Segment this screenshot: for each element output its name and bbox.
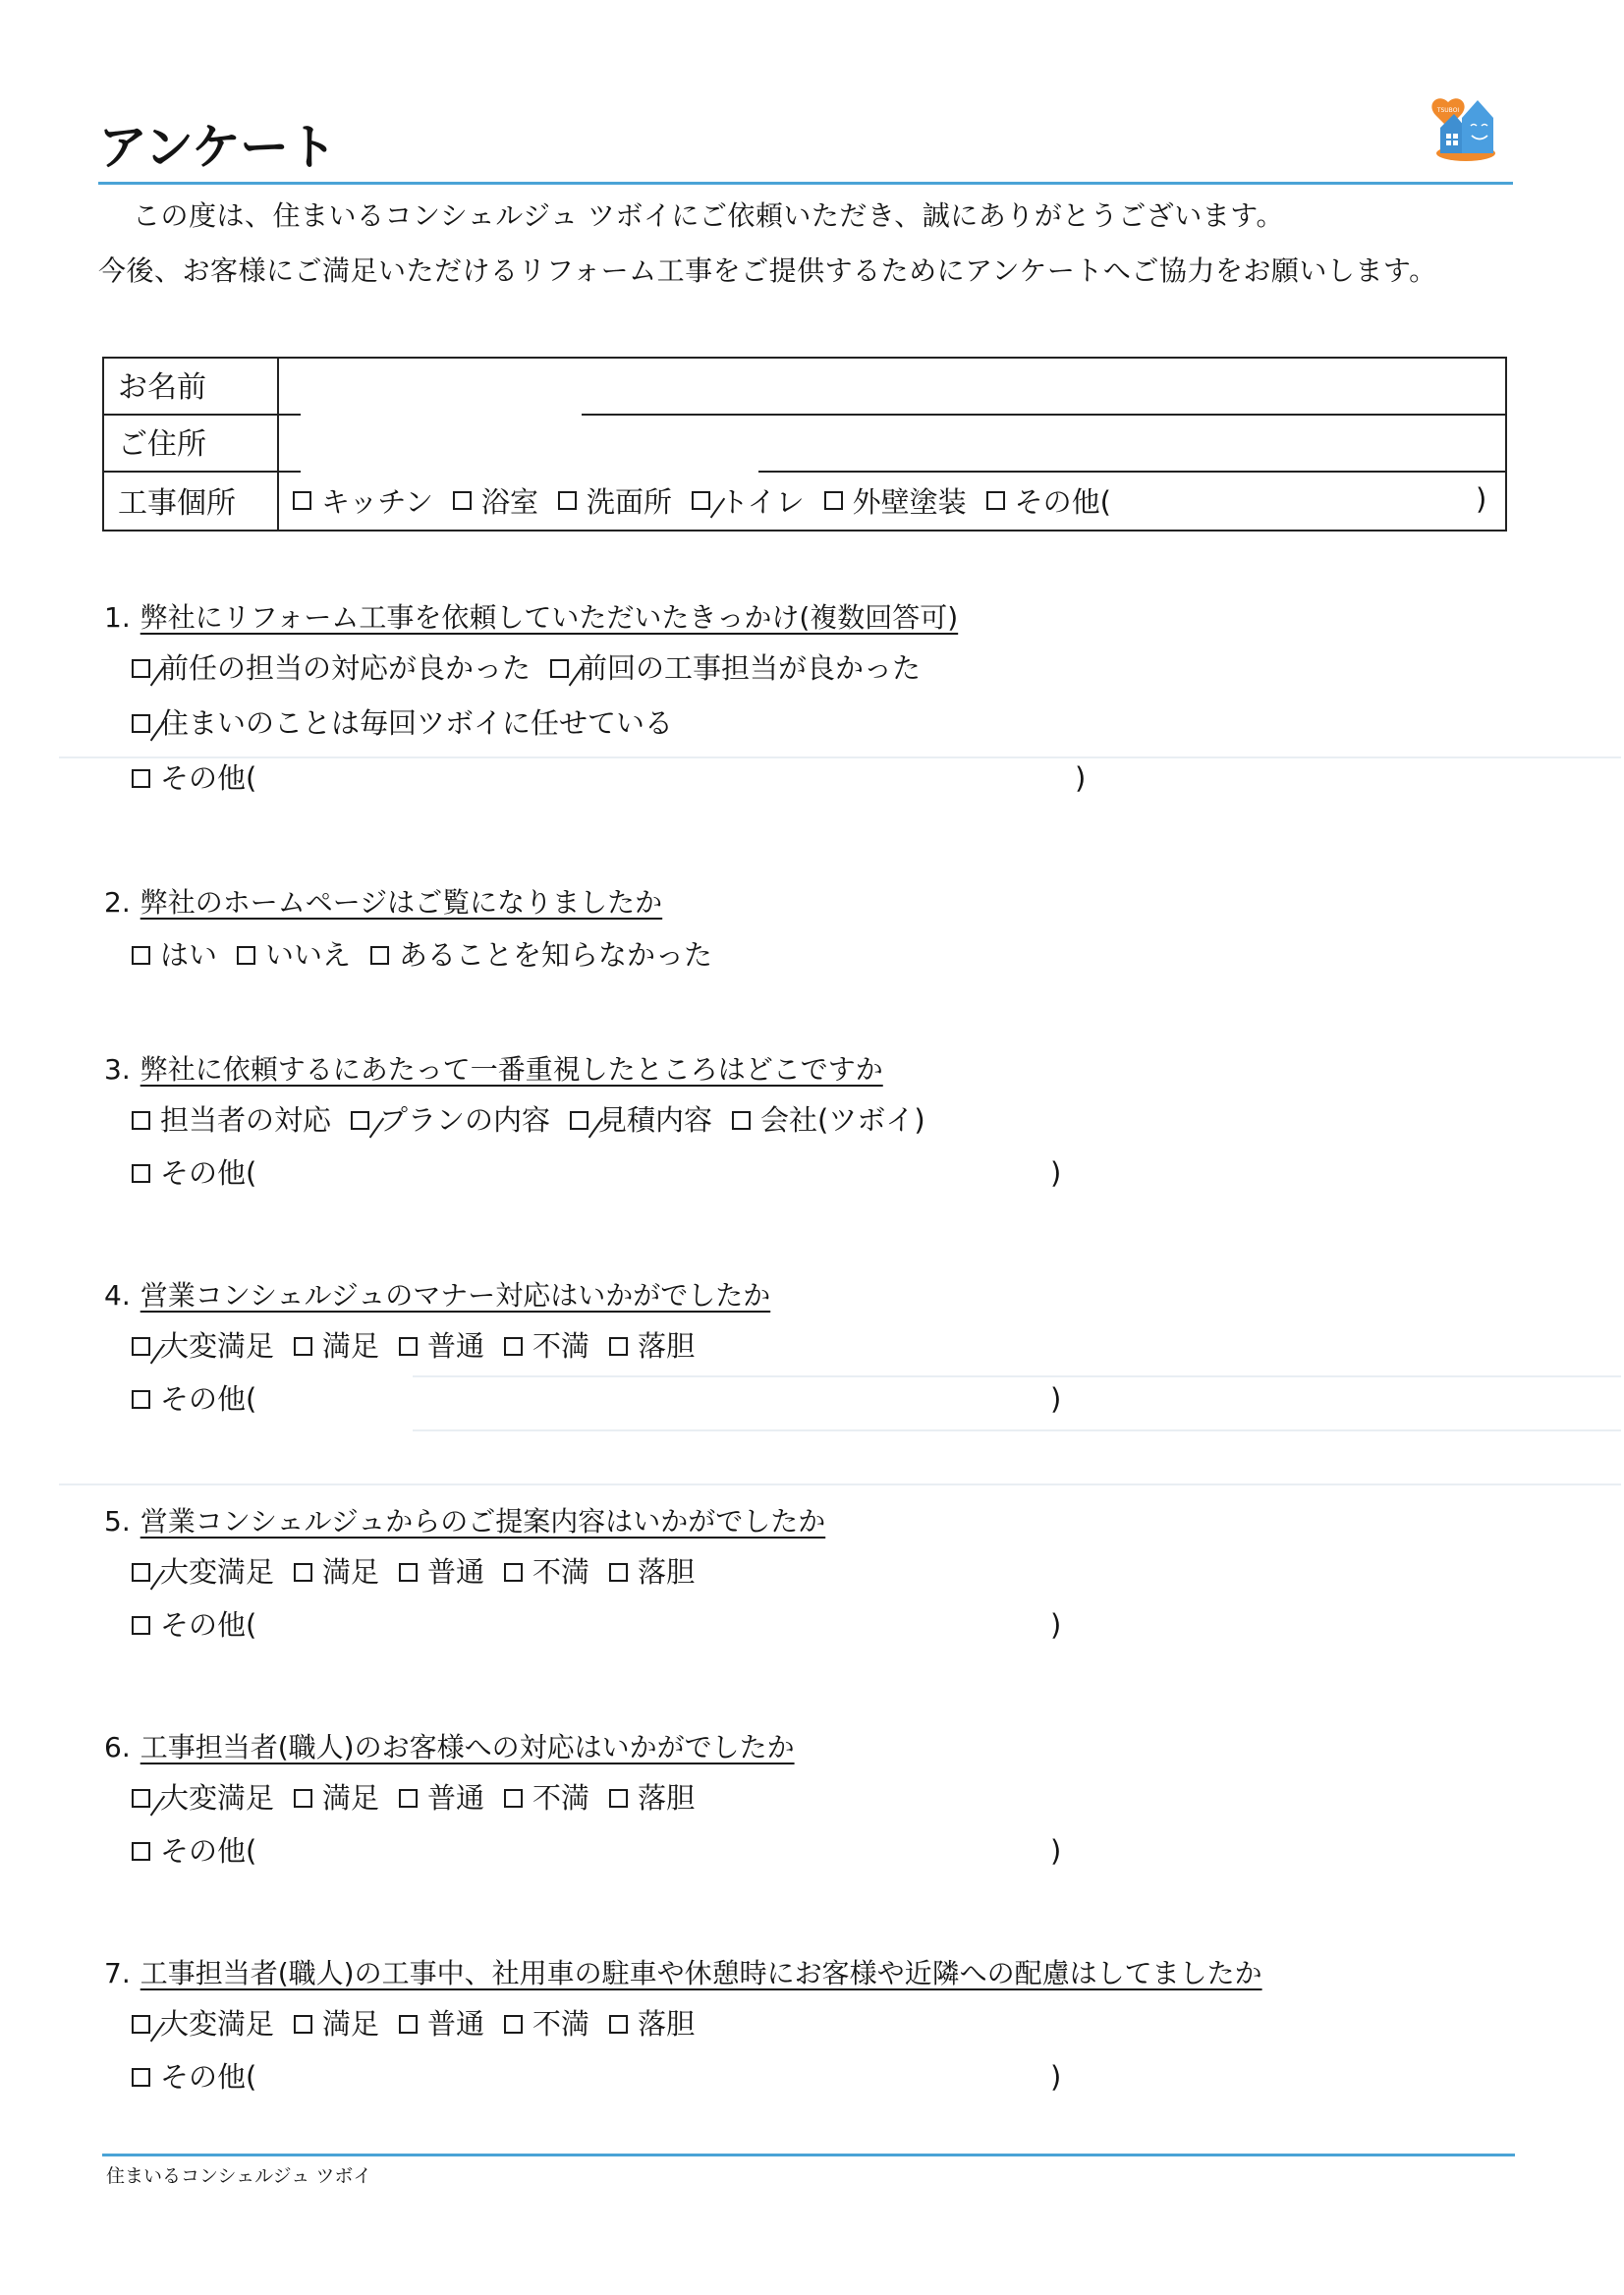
address-label: ご住所 [118,425,206,465]
bleed-through-mark [59,756,1621,758]
option[interactable]: 大変満足 [132,2004,274,2043]
option[interactable]: 前回の工事担当が良かった [550,648,921,688]
question-number: 4. [104,1277,131,1315]
question-text: 弊社に依頼するにあたって一番重視したところはどこですか [140,1053,883,1086]
site-option-toilet[interactable]: トイレ [692,480,805,521]
bleed-through-mark [59,1483,1621,1485]
option-other[interactable]: その他( [132,2057,256,2097]
option-other[interactable]: その他( [132,1605,256,1645]
checkbox-icon[interactable] [504,2015,523,2034]
checkbox-icon[interactable] [399,1789,418,1808]
name-field[interactable] [301,366,1480,410]
question-text: 営業コンシェルジュのマナー対応はいかがでしたか [140,1279,770,1312]
option[interactable]: プランの内容 [351,1100,550,1140]
option[interactable]: 大変満足 [132,1326,274,1366]
option[interactable]: 満足 [294,1778,379,1818]
option[interactable]: 大変満足 [132,1778,274,1818]
checkbox-icon[interactable] [294,1337,312,1356]
other-close-paren: ) [1075,758,1086,798]
question-text: 弊社にリフォーム工事を依頼していただいたきっかけ(複数回答可) [140,601,958,634]
option[interactable]: 不満 [504,1326,589,1366]
option[interactable]: 大変満足 [132,1552,274,1592]
checkbox-icon[interactable] [399,1337,418,1356]
option[interactable]: 不満 [504,1552,589,1592]
checkbox-icon[interactable] [132,769,150,788]
other-close-paren: ) [1050,1379,1061,1419]
option-other[interactable]: その他( [132,1153,256,1193]
question-5: 5.営業コンシェルジュからのご提案内容はいかがでしたか 大変満足 満足 普通 不… [104,1503,1529,1645]
checkbox-icon[interactable] [609,1789,628,1808]
tsuboi-house-logo-icon: TSUBOI [1427,88,1505,167]
option[interactable]: 普通 [399,2004,484,2043]
bleed-through-mark [413,1429,1621,1431]
option[interactable]: 満足 [294,2004,379,2043]
option[interactable]: 満足 [294,1326,379,1366]
checkbox-checked-icon[interactable] [132,659,150,678]
row-divider [104,414,301,416]
option[interactable]: 会社(ツボイ) [732,1100,925,1140]
option[interactable]: 不満 [504,1778,589,1818]
question-number: 2. [104,884,131,922]
checkbox-checked-icon[interactable] [132,1789,150,1808]
checkbox-icon[interactable] [294,1789,312,1808]
option[interactable]: 不満 [504,2004,589,2043]
footer-divider [102,2154,1515,2156]
checkbox-icon[interactable] [294,1563,312,1582]
svg-text:TSUBOI: TSUBOI [1436,107,1460,114]
question-number: 7. [104,1955,131,1992]
bleed-through-mark [413,1375,1621,1377]
question-2: 2.弊社のホームページはご覧になりましたか はい いいえ あることを知らなかった [104,884,1529,975]
question-number: 3. [104,1051,131,1089]
other-close-paren: ) [1050,1831,1061,1871]
checkbox-icon[interactable] [132,1616,150,1635]
other-close-paren: ) [1050,2057,1061,2097]
other-close-paren: ) [1476,482,1486,516]
title-divider [98,182,1513,185]
checkbox-checked-icon[interactable] [132,1337,150,1356]
row-divider [582,414,1507,416]
site-option-other[interactable]: その他( [986,480,1111,521]
question-1: 1.弊社にリフォーム工事を依頼していただいたきっかけ(複数回答可) 前任の担当の… [104,599,1529,798]
checkbox-checked-icon[interactable] [692,491,710,510]
checkbox-icon[interactable] [732,1111,751,1130]
checkbox-icon[interactable] [986,491,1005,510]
checkbox-icon[interactable] [609,1563,628,1582]
checkbox-icon[interactable] [132,1842,150,1861]
footer-company-name: 住まいるコンシェルジュ ツボイ [106,2161,371,2188]
intro-line-1: この度は、住まいるコンシェルジュ ツボイにご依頼いただき、誠にありがとうございま… [133,198,1284,234]
checkbox-checked-icon[interactable] [351,1111,369,1130]
other-close-paren: ) [1050,1153,1061,1193]
option[interactable]: 満足 [294,1552,379,1592]
checkbox-checked-icon[interactable] [132,1563,150,1582]
question-number: 6. [104,1729,131,1766]
checkbox-icon[interactable] [504,1563,523,1582]
question-text: 工事担当者(職人)の工事中、社用車の駐車や休憩時にお客様や近隣への配慮はしてまし… [140,1957,1262,1989]
site-option-kitchen[interactable]: キッチン [293,480,433,521]
checkbox-icon[interactable] [132,1164,150,1183]
checkbox-icon[interactable] [453,491,472,510]
option[interactable]: 落胆 [609,1326,695,1366]
option[interactable]: 普通 [399,1326,484,1366]
checkbox-icon[interactable] [132,1390,150,1409]
site-option-exterior-paint[interactable]: 外壁塗装 [824,480,967,521]
option[interactable]: 見積内容 [570,1100,712,1140]
intro-line-2: 今後、お客様にご満足いただけるリフォーム工事をご提供するためにアンケートへご協力… [98,253,1437,289]
question-7: 7.工事担当者(職人)の工事中、社用車の駐車や休憩時にお客様や近隣への配慮はして… [104,1955,1529,2097]
option[interactable]: いいえ [237,935,351,975]
checkbox-icon[interactable] [824,491,843,510]
option[interactable]: 落胆 [609,1778,695,1818]
question-number: 5. [104,1503,131,1540]
checkbox-icon[interactable] [504,1789,523,1808]
question-text: 営業コンシェルジュからのご提案内容はいかがでしたか [140,1505,825,1538]
question-6: 6.工事担当者(職人)のお客様への対応はいかがでしたか 大変満足 満足 普通 不… [104,1729,1529,1871]
option[interactable]: 落胆 [609,2004,695,2043]
checkbox-icon[interactable] [294,2015,312,2034]
table-column-divider [277,359,279,530]
row-divider [104,471,301,473]
option[interactable]: あることを知らなかった [370,935,712,975]
checkbox-icon[interactable] [370,946,389,965]
checkbox-icon[interactable] [609,2015,628,2034]
name-label: お名前 [118,368,206,408]
option-other[interactable]: その他( [132,758,256,798]
row-divider [758,471,1507,473]
checkbox-checked-icon[interactable] [550,659,569,678]
checkbox-icon[interactable] [293,491,311,510]
option[interactable]: 普通 [399,1552,484,1592]
site-option-bathroom[interactable]: 浴室 [453,480,538,521]
construction-site-label: 工事個所 [118,484,236,524]
option[interactable]: 落胆 [609,1552,695,1592]
checkbox-icon[interactable] [504,1337,523,1356]
checkbox-icon[interactable] [399,2015,418,2034]
page-title: アンケート [98,118,336,177]
option[interactable]: 普通 [399,1778,484,1818]
construction-site-options: キッチン 浴室 洗面所 トイレ 外壁塗装 その他( [293,480,1131,521]
checkbox-icon[interactable] [558,491,577,510]
checkbox-icon[interactable] [609,1337,628,1356]
other-close-paren: ) [1050,1605,1061,1645]
question-4: 4.営業コンシェルジュのマナー対応はいかがでしたか 大変満足 満足 普通 不満 … [104,1277,1529,1419]
customer-info-table: お名前 ご住所 工事個所 キッチン 浴室 洗面所 トイレ 外壁塗装 その他( ) [102,357,1507,532]
question-number: 1. [104,599,131,637]
checkbox-icon[interactable] [132,1111,150,1130]
checkbox-icon[interactable] [132,946,150,965]
site-option-washroom[interactable]: 洗面所 [558,480,672,521]
checkbox-checked-icon[interactable] [132,2015,150,2034]
question-text: 工事担当者(職人)のお客様への対応はいかがでしたか [140,1731,795,1763]
checkbox-checked-icon[interactable] [132,714,150,733]
option-other[interactable]: その他( [132,1379,256,1419]
checkbox-icon[interactable] [132,2068,150,2087]
checkbox-checked-icon[interactable] [570,1111,588,1130]
question-3: 3.弊社に依頼するにあたって一番重視したところはどこですか 担当者の対応 プラン… [104,1051,1529,1193]
checkbox-icon[interactable] [237,946,255,965]
option-other[interactable]: その他( [132,1831,256,1871]
option[interactable]: 前任の担当の対応が良かった [132,648,531,688]
question-text: 弊社のホームページはご覧になりましたか [140,886,662,919]
option[interactable]: はい [132,935,217,975]
option[interactable]: 担当者の対応 [132,1100,331,1140]
checkbox-icon[interactable] [399,1563,418,1582]
address-field[interactable] [301,423,1480,467]
option[interactable]: 住まいのことは毎回ツボイに任せている [132,703,673,743]
